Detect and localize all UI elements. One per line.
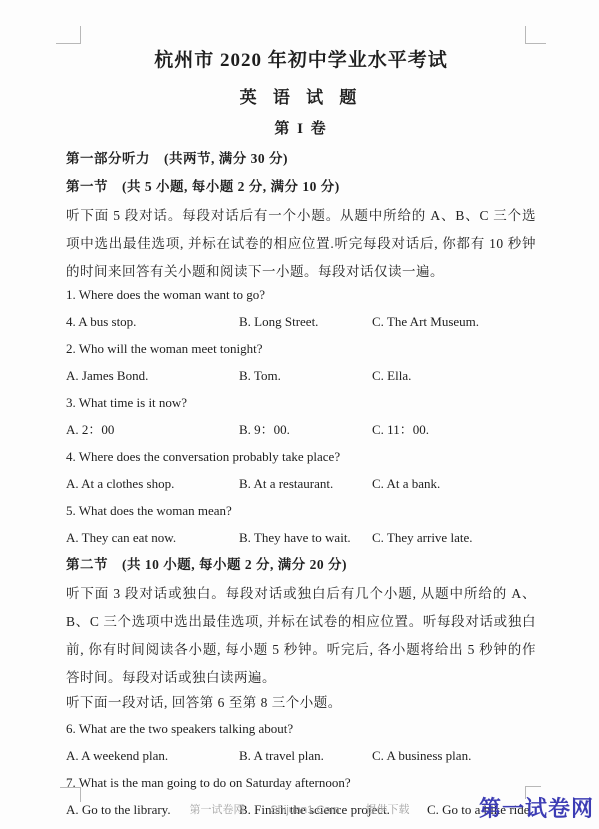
question-7-text: 7. What is the man going to do on Saturd… [66, 774, 536, 792]
question-2-options: A. James Bond. B. Tom. C. Ella. [66, 367, 536, 385]
question-5-text: 5. What does the woman mean? [66, 502, 536, 520]
volume-title: 第 I 卷 [66, 120, 536, 138]
question-2-text: 2. Who will the woman meet tonight? [66, 340, 536, 358]
section1-heading: 第一节 (共 5 小题, 每小题 2 分, 满分 10 分) [66, 178, 536, 196]
subject-title: 英 语 试 题 [66, 88, 536, 108]
question-5-option-b: B. They have to wait. [239, 529, 372, 547]
exam-paper-page: 杭州市 2020 年初中学业水平考试 英 语 试 题 第 I 卷 第一部分听力 … [0, 0, 599, 829]
question-1-option-c: C. The Art Museum. [372, 313, 536, 331]
question-3-options: A. 2：00 B. 9：00. C. 11：00. [66, 421, 536, 439]
question-1-text: 1. Where does the woman want to go? [66, 286, 536, 304]
question-4-option-a: A. At a clothes shop. [66, 475, 239, 493]
exam-title: 杭州市 2020 年初中学业水平考试 [66, 50, 536, 72]
question-3-text: 3. What time is it now? [66, 394, 536, 412]
question-6-option-a: A. A weekend plan. [66, 747, 239, 765]
question-1-option-b: B. Long Street. [239, 313, 372, 331]
section2-instructions: 听下面 3 段对话或独白。每段对话或独白后有几个小题, 从题中所给的 A、B、C… [66, 580, 536, 692]
question-1-option-a: 4. A bus stop. [66, 313, 239, 331]
document-content: 杭州市 2020 年初中学业水平考试 英 语 试 题 第 I 卷 第一部分听力 … [66, 50, 536, 828]
question-6-option-c: C. A business plan. [372, 747, 536, 765]
question-1-options: 4. A bus stop. B. Long Street. C. The Ar… [66, 313, 536, 331]
question-6-option-b: B. A travel plan. [239, 747, 372, 765]
question-3-option-c: C. 11：00. [372, 421, 536, 439]
question-4-option-c: C. At a bank. [372, 475, 536, 493]
question-3-option-b: B. 9：00. [239, 421, 372, 439]
footer-download-note: 提供下载 [366, 804, 410, 816]
section1-instructions: 听下面 5 段对话。每段对话后有一个小题。从题中所给的 A、B、C 三个选项中选… [66, 202, 536, 286]
part1-heading: 第一部分听力 (共两节, 满分 30 分) [66, 150, 536, 168]
question-2-option-c: C. Ella. [372, 367, 536, 385]
section2-heading: 第二节 (共 10 小题, 每小题 2 分, 满分 20 分) [66, 556, 536, 574]
question-6-options: A. A weekend plan. B. A travel plan. C. … [66, 747, 536, 765]
site-watermark: 第一试卷网 [479, 792, 594, 823]
footer-site-url: Shijuan1.Com [270, 804, 339, 816]
question-2-option-b: B. Tom. [239, 367, 372, 385]
question-5-options: A. They can eat now. B. They have to wai… [66, 529, 536, 547]
question-5-option-a: A. They can eat now. [66, 529, 239, 547]
crop-mark-top-left [56, 26, 81, 44]
question-3-option-a: A. 2：00 [66, 421, 239, 439]
question-4-options: A. At a clothes shop. B. At a restaurant… [66, 475, 536, 493]
question-5-option-c: C. They arrive late. [372, 529, 536, 547]
question-6-text: 6. What are the two speakers talking abo… [66, 720, 536, 738]
question-4-text: 4. Where does the conversation probably … [66, 448, 536, 466]
question-4-option-b: B. At a restaurant. [239, 475, 372, 493]
dialogue-note: 听下面一段对话, 回答第 6 至第 8 三个小题。 [66, 694, 536, 712]
crop-mark-top-right [525, 26, 546, 44]
question-2-option-a: A. James Bond. [66, 367, 239, 385]
footer-site-name: 第一试卷网 [189, 804, 244, 816]
